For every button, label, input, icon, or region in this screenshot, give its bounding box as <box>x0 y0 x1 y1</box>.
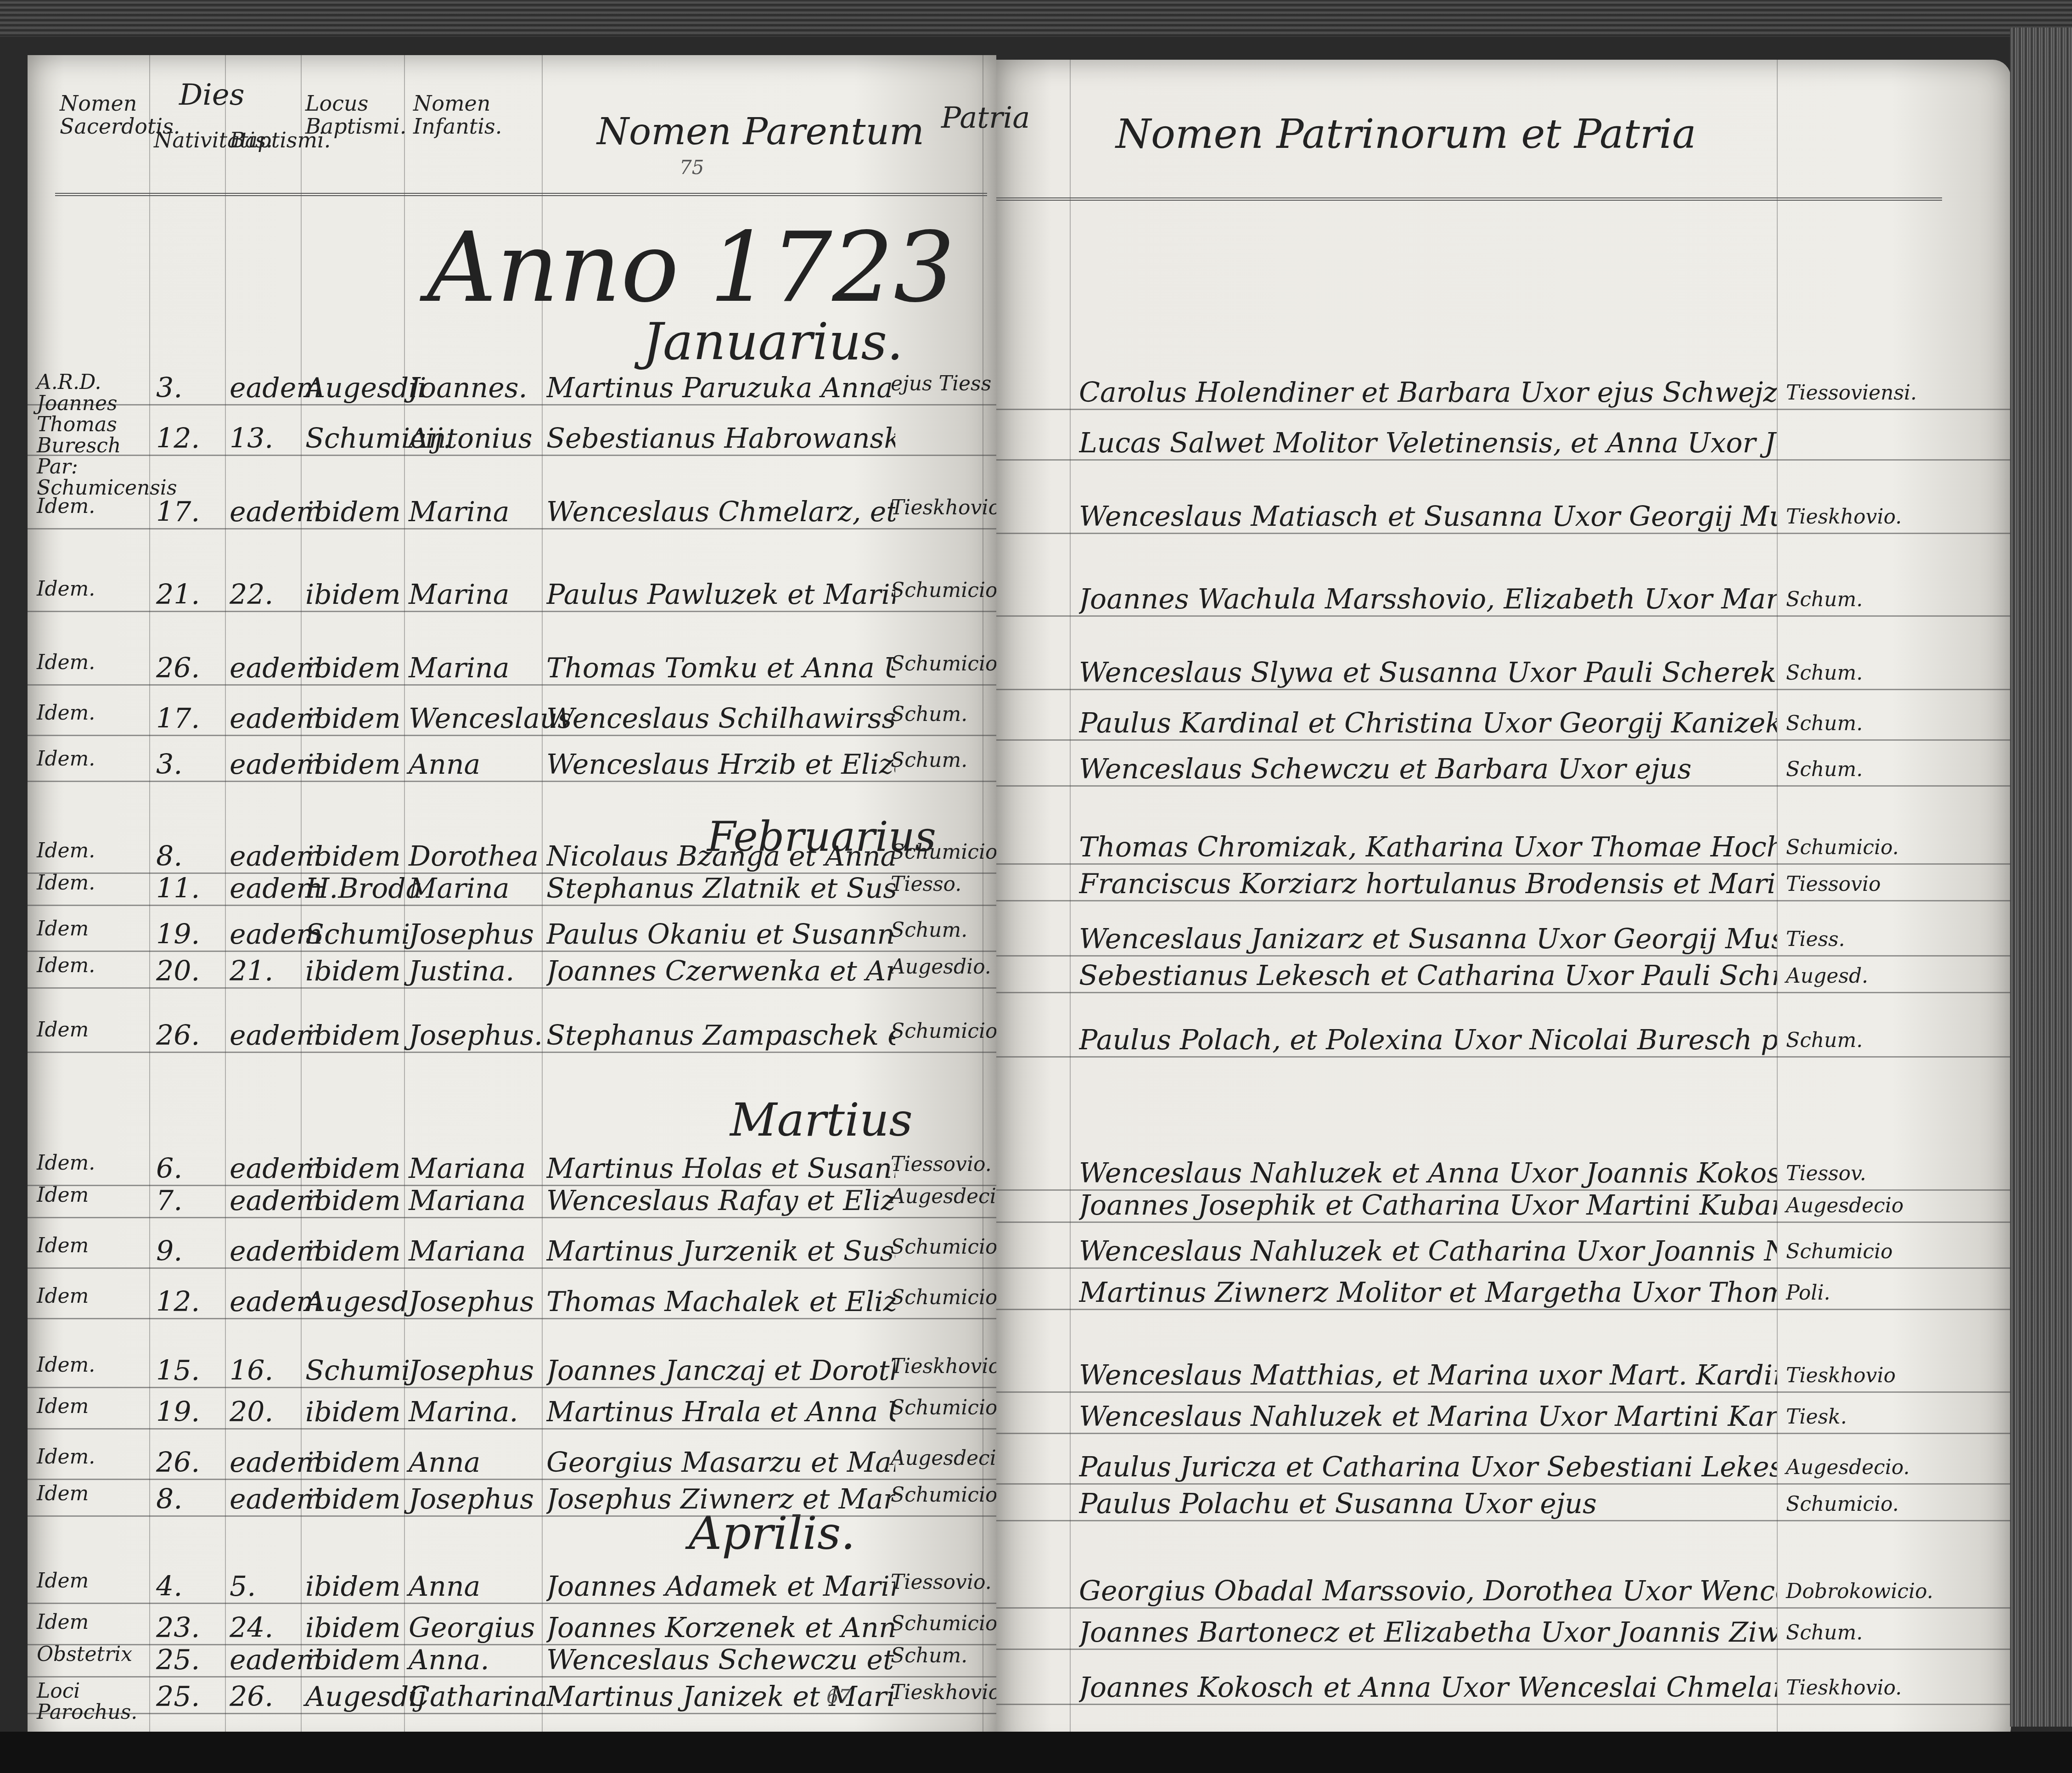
header-baptismi: Baptismi. <box>230 129 298 152</box>
row-rule <box>996 1520 2011 1522</box>
cell-patria: Tiess. <box>1786 928 1845 951</box>
cell-bapt: 21. <box>230 955 273 987</box>
cell-patria: Augesdecio. <box>1786 1456 1910 1479</box>
cell-patrini: Carolus Holendiner et Barbara Uxor ejus … <box>1079 377 1777 409</box>
row-rule <box>28 611 996 613</box>
cell-patrini: Lucas Salwet Molitor Veletinensis, et An… <box>1079 427 1777 459</box>
cell-locus: ibidem <box>305 1185 401 1217</box>
cell-locus: Augesdij <box>305 1681 426 1713</box>
cell-sacerdos: A.R.D. Joannes Thomas Buresch Par: Schum… <box>37 372 147 499</box>
header-rule <box>55 193 987 196</box>
row-rule <box>28 735 996 737</box>
row-rule <box>996 459 2011 461</box>
cell-patrini: Martinus Ziwnerz Molitor et Margetha Uxo… <box>1079 1277 1777 1309</box>
cell-nat: 12. <box>156 422 200 455</box>
cell-patrini: Joannes Wachula Marsshovio, Elizabeth Ux… <box>1079 583 1777 615</box>
cell-infans: Marina <box>409 496 510 528</box>
cell-patrini: Wenceslaus Matiasch et Susanna Uxor Geor… <box>1079 501 1777 533</box>
row-rule <box>28 951 996 952</box>
row-rule <box>28 1676 996 1678</box>
cell-parentes: Joannes Adamek et Marina <box>546 1570 895 1603</box>
cell-nat: 8. <box>156 1483 182 1515</box>
cell-sacerdos: Loci Parochus. <box>37 1681 147 1723</box>
cell-patrini: Paulus Juricza et Catharina Uxor Sebesti… <box>1079 1451 1777 1483</box>
cell-infans: Anna <box>409 1570 480 1603</box>
row-rule <box>28 1713 996 1715</box>
cell-nat: 4. <box>156 1570 182 1603</box>
cell-patria: Schum. <box>1786 588 1863 611</box>
cell-locus: ibidem <box>305 1019 401 1052</box>
cell-bapt: 26. <box>230 1681 273 1713</box>
cell-patria: Tieskhovio. <box>891 1681 1006 1704</box>
cell-infans: Marina <box>409 652 510 684</box>
cell-parentes: Stephanus Zlatnik et Susanna <box>546 872 895 905</box>
cell-nat: 25. <box>156 1681 200 1713</box>
cell-patria: Tieskhovio <box>1786 1364 1896 1387</box>
row-rule <box>28 528 996 530</box>
row-rule <box>996 739 2011 741</box>
cell-nat: 6. <box>156 1153 182 1185</box>
right-page: Nomen Patrinorum et Patria Patria Carolu… <box>996 60 2011 1754</box>
row-rule <box>996 1309 2011 1311</box>
cell-sacerdos: Idem. <box>37 1153 95 1174</box>
cell-patria: Schumicio <box>891 1019 997 1043</box>
cell-patrini: Paulus Kardinal et Christina Uxor Georgi… <box>1079 707 1777 739</box>
cell-infans: Anna <box>409 1447 480 1479</box>
register-book: Nomen Sacerdotis. Dies Nativitatis. Bapt… <box>0 0 2072 1773</box>
cell-sacerdos: Idem. <box>37 1355 95 1376</box>
row-rule <box>28 1515 996 1517</box>
row-rule <box>28 1479 996 1480</box>
month-januarius: Januarius. <box>643 312 903 371</box>
cell-patria: Schum. <box>891 749 967 772</box>
cell-parentes: Georgius Masarzu et Marina <box>546 1447 895 1479</box>
cell-nat: 23. <box>156 1612 200 1644</box>
cell-patrini: Joannes Bartonecz et Elizabetha Uxor Joa… <box>1079 1616 1777 1649</box>
cell-nat: 11. <box>156 872 200 905</box>
cell-infans: Josephus <box>409 1483 534 1515</box>
cell-locus: ibidem <box>305 579 401 611</box>
cell-sacerdos: Idem <box>37 1483 89 1504</box>
cell-patria: Tieskhovio <box>891 1355 1000 1378</box>
cell-parentes: Wenceslaus Rafay et Elizabetha <box>546 1185 895 1217</box>
cell-nat: 19. <box>156 1396 200 1428</box>
cell-patria: Schumicio. <box>1786 836 1899 859</box>
row-rule <box>996 1391 2011 1393</box>
cell-patrini: Wenceslaus Nahluzek et Anna Uxor Joannis… <box>1079 1157 1777 1189</box>
cell-nat: 19. <box>156 918 200 951</box>
header-dies: Dies <box>179 78 245 112</box>
cell-locus: Schumi <box>305 918 410 951</box>
cell-infans: Marina <box>409 579 510 611</box>
cell-patria: Schumicio <box>891 1286 997 1309</box>
cell-sacerdos: Idem. <box>37 579 95 600</box>
page-number-top: 75 <box>679 156 704 179</box>
cell-infans: Joannes. <box>409 372 528 404</box>
cell-patria: Tieskhovio. <box>1786 1676 1902 1700</box>
cell-parentes: Josephus Ziwnerz et Marina <box>546 1483 895 1515</box>
cell-infans: Catharina <box>409 1681 548 1713</box>
cell-locus: Augesdii <box>305 372 426 404</box>
row-rule <box>996 533 2011 535</box>
cell-infans: Dorothea <box>409 840 539 872</box>
row-rule <box>28 1387 996 1389</box>
cell-parentes: Thomas Tomku et Anna Uxor <box>546 652 895 684</box>
cell-patria: Tiessovio. <box>891 1153 992 1176</box>
cell-sacerdos: Idem <box>37 1185 89 1206</box>
cell-locus: Schumi <box>305 1355 410 1387</box>
book-bottom-edge <box>0 1732 2072 1773</box>
row-rule <box>28 987 996 989</box>
header-patrini: Nomen Patrinorum et Patria <box>1116 110 1696 158</box>
row-rule <box>996 992 2011 994</box>
row-rule <box>996 1483 2011 1485</box>
cell-patria: Schumicio. <box>891 1612 1004 1635</box>
cell-parentes: Wenceslaus Schilhawirss et Maria <box>546 703 895 735</box>
cell-patria: Tiessovio. <box>891 1570 992 1594</box>
cell-locus: ibidem <box>305 1612 401 1644</box>
cell-sacerdos: Idem. <box>37 652 95 673</box>
cell-locus: ibidem <box>305 652 401 684</box>
cell-parentes: Paulus Okaniu et Susanna <box>546 918 895 951</box>
cell-patrini: Paulus Polach, et Polexina Uxor Nicolai … <box>1079 1024 1777 1056</box>
cell-infans: Justina. <box>409 955 514 987</box>
cell-parentes: Wenceslaus Hrzib et Elizabetha <box>546 749 895 781</box>
cell-patria: Schum. <box>891 703 967 726</box>
cell-infans: Georgius <box>409 1612 535 1644</box>
cell-patrini: Wenceslaus Nahluzek et Marina Uxor Marti… <box>1079 1401 1777 1433</box>
cell-parentes: Thomas Machalek et Elizabetha <box>546 1286 895 1318</box>
cell-nat: 7. <box>156 1185 182 1217</box>
cell-infans: Josephus <box>409 918 534 951</box>
row-rule <box>996 1267 2011 1269</box>
cell-sacerdos: Idem. <box>37 1447 95 1468</box>
cell-locus: ibidem <box>305 1235 401 1267</box>
cell-sacerdos: Idem <box>37 918 89 940</box>
cell-locus: ibidem <box>305 1153 401 1185</box>
cell-infans: Mariana <box>409 1235 526 1267</box>
row-rule <box>996 409 2011 411</box>
row-rule <box>996 1704 2011 1705</box>
cell-parentes: Joannes Czerwenka et Anna <box>546 955 895 987</box>
cell-patria: Schum. <box>1786 758 1863 781</box>
cell-sacerdos: Idem. <box>37 496 95 517</box>
row-rule <box>996 863 2011 865</box>
cell-infans: Antonius <box>409 422 532 455</box>
cell-patria: Schum. <box>1786 1621 1863 1644</box>
cell-patria: Augesd. <box>1786 964 1868 988</box>
cell-patria: Schumicio <box>891 840 997 864</box>
cell-patria: Tiessov. <box>1786 1162 1866 1185</box>
cell-patria: Augesdio. <box>891 955 991 979</box>
cell-bapt: 16. <box>230 1355 273 1387</box>
cell-patria: Schum. <box>1786 661 1863 685</box>
cell-patria: Tiessoviensi. <box>1786 381 1917 405</box>
cell-sacerdos: Idem. <box>37 749 95 770</box>
cell-nat: 3. <box>156 372 182 404</box>
cell-parentes: Martinus Hrala et Anna Uxor <box>546 1396 895 1428</box>
row-rule <box>28 455 996 456</box>
cell-patria: Schum. <box>891 1644 967 1667</box>
header-rule <box>996 197 1942 201</box>
row-rule <box>996 955 2011 957</box>
header-patria: Patria <box>941 101 1030 135</box>
header-infans: Nomen Infantis. <box>413 92 533 138</box>
row-rule <box>996 1433 2011 1435</box>
row-rule <box>996 785 2011 787</box>
cell-infans: Marina. <box>409 1396 518 1428</box>
cell-nat: 8. <box>156 840 182 872</box>
cell-nat: 15. <box>156 1355 200 1387</box>
cell-patria: Tieskhovio. <box>1786 505 1902 529</box>
column-rule <box>149 55 150 1736</box>
cell-nat: 26. <box>156 1447 200 1479</box>
cell-patria: Schumicio <box>891 1396 997 1419</box>
book-top-edge <box>0 0 2072 37</box>
page-edges <box>2010 28 2072 1727</box>
cell-infans: Josephus <box>409 1286 534 1318</box>
cell-parentes: Martinus Jurzenik et Susanna <box>546 1235 895 1267</box>
cell-locus: ibidem <box>305 840 401 872</box>
row-rule <box>996 615 2011 617</box>
row-rule <box>996 689 2011 691</box>
cell-locus: Augesd <box>305 1286 409 1318</box>
cell-nat: 17. <box>156 703 200 735</box>
cell-bapt: 22. <box>230 579 273 611</box>
row-rule <box>28 781 996 782</box>
cell-nat: 21. <box>156 579 200 611</box>
cell-sacerdos: Idem <box>37 1019 89 1041</box>
cell-patrini: Wenceslaus Schewczu et Barbara Uxor ejus <box>1079 753 1691 785</box>
row-rule <box>996 1221 2011 1223</box>
month-martius: Martius <box>730 1093 913 1147</box>
cell-patrini: Wenceslaus Nahluzek et Catharina Uxor Jo… <box>1079 1235 1777 1267</box>
left-page: Nomen Sacerdotis. Dies Nativitatis. Bapt… <box>28 55 996 1750</box>
column-rule <box>225 55 226 1736</box>
cell-parentes: Martinus Holas et Susanna <box>546 1153 895 1185</box>
cell-infans: Anna. <box>409 1644 489 1676</box>
cell-infans: Marina <box>409 872 510 905</box>
row-rule <box>28 1267 996 1269</box>
header-parentes: Nomen Parentum <box>597 110 924 153</box>
row-rule <box>28 1603 996 1604</box>
cell-locus: H.Broda <box>305 872 422 905</box>
cell-patria: Schum. <box>891 918 967 942</box>
cell-nat: 3. <box>156 749 182 781</box>
page-number-bottom: 67 <box>826 1685 851 1708</box>
cell-parentes: Joannes Korzenek et Anna <box>546 1612 895 1644</box>
header-sacerdos: Nomen Sacerdotis. <box>60 92 147 138</box>
cell-locus: ibidem <box>305 1447 401 1479</box>
header-nativitatis: Nativitatis. <box>154 129 223 152</box>
row-rule <box>28 1318 996 1320</box>
cell-bapt: 5. <box>230 1570 256 1603</box>
cell-infans: Anna <box>409 749 480 781</box>
cell-patria: Tiesso. <box>891 872 961 896</box>
cell-sacerdos: Idem <box>37 1612 89 1633</box>
cell-patria: Schumicio <box>891 1483 997 1507</box>
cell-parentes: Martinus Paruzuka Anna Uxor <box>546 372 895 404</box>
cell-locus: ibidem <box>305 1483 401 1515</box>
cell-parentes: Joannes Janczaj et Dorothea <box>546 1355 895 1387</box>
cell-parentes: Stephanus Zampaschek et Marina <box>546 1019 895 1052</box>
cell-patrini: Wenceslaus Slywa et Susanna Uxor Pauli S… <box>1079 657 1776 689</box>
cell-patria: Augesdecio <box>891 1185 1008 1208</box>
row-rule <box>28 684 996 686</box>
cell-patria: Schumicio <box>1786 1240 1892 1263</box>
cell-sacerdos: Idem. <box>37 840 95 861</box>
cell-nat: 26. <box>156 1019 200 1052</box>
cell-nat: 12. <box>156 1286 200 1318</box>
cell-patrini: Franciscus Korziarz hortulanus Brodensis… <box>1079 868 1777 900</box>
year-heading: Anno 1723 <box>427 211 955 324</box>
cell-parentes: Paulus Pawluzek et Marina Uxor <box>546 579 895 611</box>
cell-sacerdos: Idem <box>37 1235 89 1256</box>
cell-patrini: Wenceslaus Janizarz et Susanna Uxor Geor… <box>1079 923 1777 955</box>
cell-parentes: Sebestianus Habrowansky et Anna Uxor eju… <box>546 422 895 455</box>
cell-patrini: Thomas Chromizak, Katharina Uxor Thomae … <box>1079 831 1777 863</box>
cell-bapt: 24. <box>230 1612 273 1644</box>
cell-locus: ibidem <box>305 496 401 528</box>
row-rule <box>996 1607 2011 1609</box>
row-rule <box>996 1056 2011 1058</box>
cell-patria: Poli. <box>1786 1281 1830 1305</box>
cell-parentes: Nicolaus Bzanga et Anna Uxor <box>546 840 895 872</box>
cell-patria: Schumicio <box>891 1235 997 1259</box>
cell-infans: Josephus. <box>409 1019 543 1052</box>
cell-patria: Schum. <box>1786 1029 1863 1052</box>
cell-patria: Tiessovio <box>1786 872 1881 896</box>
cell-locus: ibidem <box>305 1644 401 1676</box>
header-locus: Locus Baptismi. <box>305 92 397 138</box>
cell-locus: ibidem <box>305 749 401 781</box>
cell-nat: 25. <box>156 1644 200 1676</box>
cell-patrini: Wenceslaus Matthias, et Marina uxor Mart… <box>1079 1359 1777 1391</box>
cell-sacerdos: Obstetrix <box>37 1644 132 1665</box>
cell-patrini: Joannes Josephik et Catharina Uxor Marti… <box>1079 1189 1777 1221</box>
cell-locus: ibidem <box>305 1570 401 1603</box>
row-rule <box>28 1052 996 1053</box>
cell-patria: Tiesk. <box>1786 1405 1847 1429</box>
cell-patria: Schum. <box>1786 712 1863 735</box>
row-rule <box>28 1217 996 1219</box>
cell-infans: Mariana <box>409 1185 526 1217</box>
cell-sacerdos: Idem <box>37 1570 89 1592</box>
cell-sacerdos: Idem <box>37 1286 89 1307</box>
cell-patria: Schumicio. <box>891 652 1004 675</box>
row-rule <box>996 1649 2011 1650</box>
cell-bapt: 13. <box>230 422 273 455</box>
cell-patria: Schumicio. <box>1786 1492 1899 1516</box>
cell-patria: Augesdecio <box>891 1447 1008 1470</box>
cell-sacerdos: Idem. <box>37 955 95 976</box>
row-rule <box>28 1428 996 1430</box>
cell-nat: 20. <box>156 955 200 987</box>
cell-patrini: Paulus Polachu et Susanna Uxor ejus <box>1079 1488 1597 1520</box>
cell-nat: 17. <box>156 496 200 528</box>
cell-sacerdos: Idem. <box>37 872 95 894</box>
cell-bapt: 20. <box>230 1396 273 1428</box>
cell-locus: ibidem <box>305 955 401 987</box>
cell-patrini: Georgius Obadal Marssovio, Dorothea Uxor… <box>1079 1575 1777 1607</box>
cell-nat: 26. <box>156 652 200 684</box>
cell-patria: ejus Tiess <box>891 372 991 395</box>
row-rule <box>28 905 996 906</box>
cell-locus: ibidem <box>305 1396 401 1428</box>
row-rule <box>996 900 2011 902</box>
cell-patrini: Sebestianus Lekesch et Catharina Uxor Pa… <box>1079 960 1777 992</box>
cell-patria: Schumicio. <box>891 579 1004 602</box>
cell-parentes: Wenceslaus Schewczu et Dorothea <box>546 1644 895 1676</box>
cell-infans: Mariana <box>409 1153 526 1185</box>
cell-sacerdos: Idem. <box>37 703 95 724</box>
cell-patria: Dobrokowicio. <box>1786 1580 1933 1603</box>
cell-patrini: Joannes Kokosch et Anna Uxor Wenceslai C… <box>1079 1672 1777 1704</box>
cell-infans: Josephus <box>409 1355 534 1387</box>
cell-parentes: Wenceslaus Chmelarz, et Anna Uxor <box>546 496 895 528</box>
cell-nat: 9. <box>156 1235 182 1267</box>
cell-sacerdos: Idem <box>37 1396 89 1417</box>
cell-patria: Augesdecio <box>1786 1194 1904 1217</box>
row-rule <box>28 404 996 406</box>
cell-patria: Tieskhovio. <box>891 496 1006 519</box>
cell-locus: ibidem <box>305 703 401 735</box>
